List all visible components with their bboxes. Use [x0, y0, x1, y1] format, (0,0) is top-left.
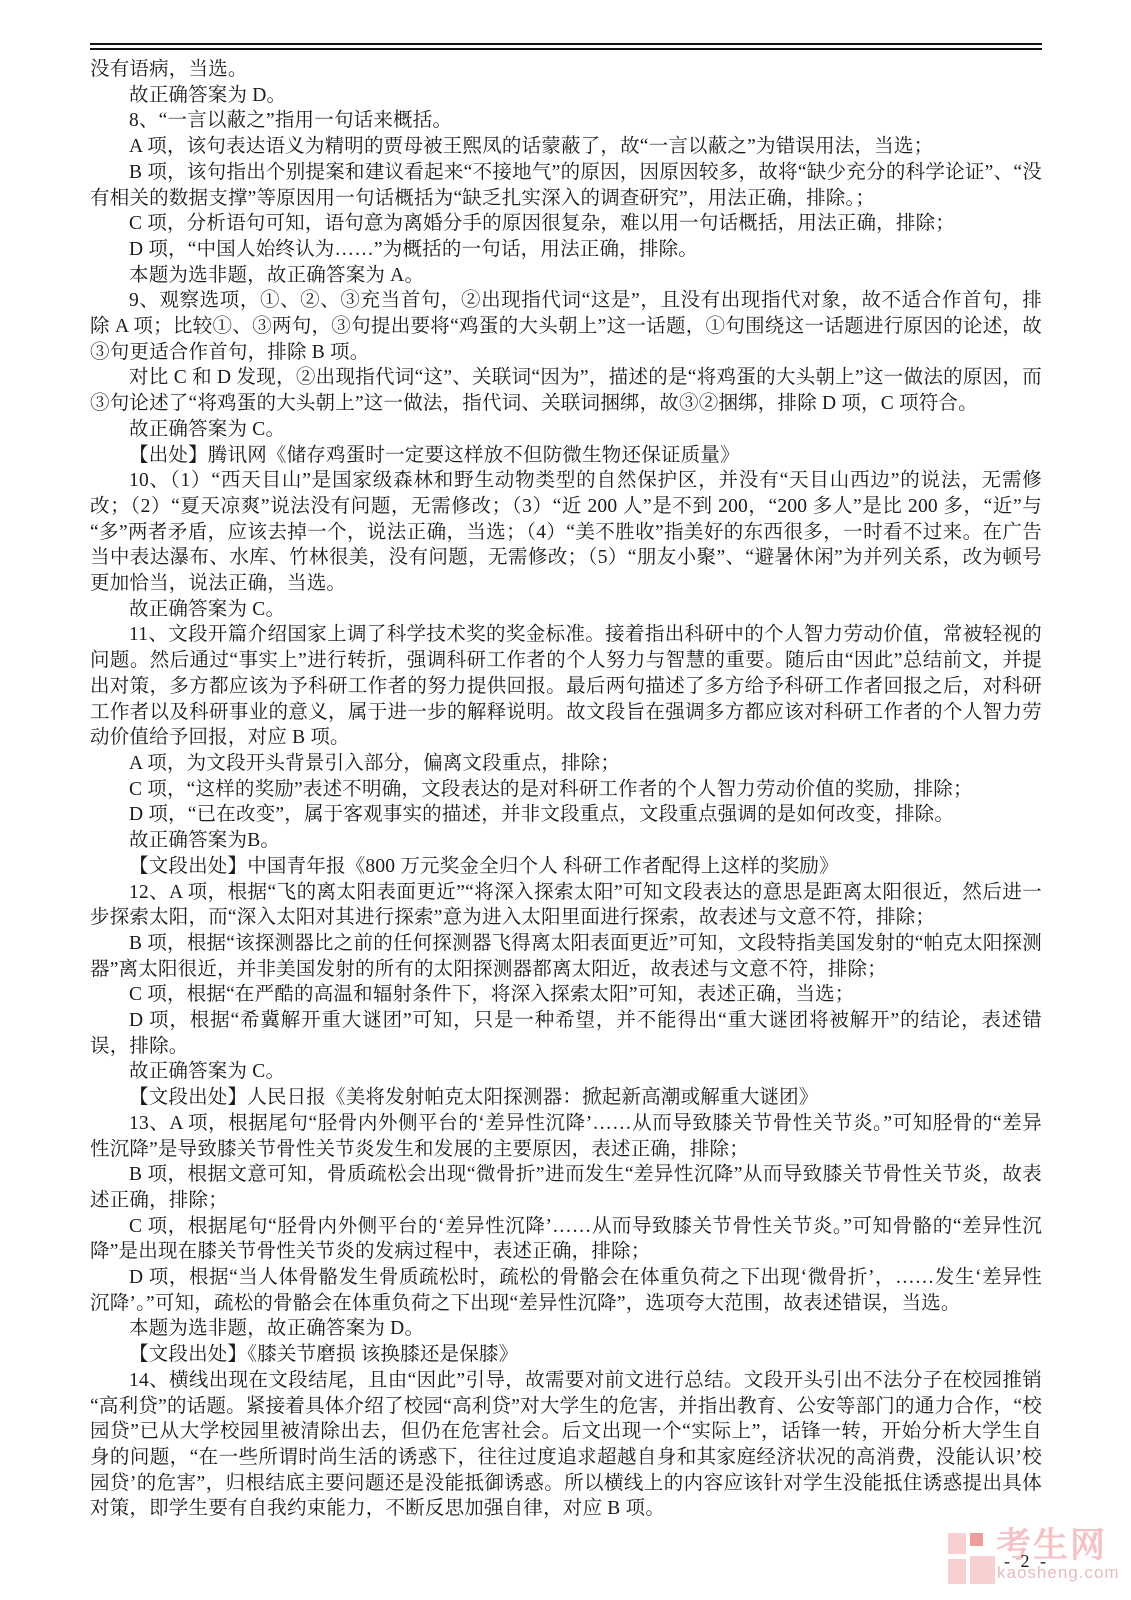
- paragraph: B 项，该句指出个别提案和建议看起来“不接地气”的原因，因原因较多，故将“缺少充…: [90, 160, 1042, 211]
- paragraph: B 项，根据文意可知，骨质疏松会出现“微骨折”进而发生“差异性沉降”从而导致膝关…: [90, 1162, 1042, 1213]
- paragraph: 14、横线出现在文段结尾，且由“因此”引导，故需要对前文进行总结。文段开头引出不…: [90, 1368, 1042, 1522]
- paragraph: B 项，根据“该探测器比之前的任何探测器飞得离太阳表面更近”可知，文段特指美国发…: [90, 931, 1042, 982]
- paragraph: A 项，该句表达语义为精明的贾母被王熙凤的话蒙蔽了，故“一言以蔽之”为错误用法，…: [90, 134, 1042, 160]
- page-number: - 2 -: [1004, 1551, 1049, 1572]
- kaosheng-logo-block: [970, 1556, 995, 1584]
- paragraph: D 项，“中国人始终认为……”为概括的一句话，用法正确，排除。: [90, 237, 1042, 263]
- paragraph: 10、（1）“西天目山”是国家级森林和野生动物类型的自然保护区，并没有“天目山西…: [90, 468, 1042, 597]
- paragraph: A 项，为文段开头背景引入部分，偏离文段重点，排除；: [90, 751, 1042, 777]
- kaosheng-logo-block: [970, 1533, 983, 1546]
- paragraph: 没有语病，当选。: [90, 57, 1042, 83]
- paragraph: C 项，“这样的奖励”表述不明确，文段表达的是对科研工作者的个人智力劳动价值的奖…: [90, 777, 1042, 803]
- kaosheng-logo-block: [948, 1559, 966, 1584]
- document-body: 没有语病，当选。故正确答案为 D。8、“一言以蔽之”指用一句话来概括。A 项，该…: [90, 57, 1042, 1522]
- paragraph: D 项，根据“当人体骨骼发生骨质疏松时，疏松的骨骼会在体重负荷之下出现‘微骨折’…: [90, 1265, 1042, 1316]
- kaosheng-logo-block: [948, 1533, 966, 1554]
- paragraph: 11、文段开篇介绍国家上调了科学技术奖的奖金标准。接着指出科研中的个人智力劳动价…: [90, 622, 1042, 751]
- document-page: 没有语病，当选。故正确答案为 D。8、“一言以蔽之”指用一句话来概括。A 项，该…: [0, 0, 1131, 1600]
- paragraph: 故正确答案为B。: [90, 828, 1042, 854]
- paragraph: 13、A 项，根据尾句“胫骨内外侧平台的‘差异性沉降’……从而导致膝关节骨性关节…: [90, 1111, 1042, 1162]
- paragraph: 【文段出处】中国青年报《800 万元奖金全归个人 科研工作者配得上这样的奖励》: [90, 854, 1042, 880]
- paragraph: C 项，根据“在严酷的高温和辐射条件下，将深入探索太阳”可知，表述正确，当选；: [90, 982, 1042, 1008]
- paragraph: C 项，分析语句可知，语句意为离婚分手的原因很复杂，难以用一句话概括，用法正确，…: [90, 211, 1042, 237]
- header-double-rule: [90, 43, 1042, 50]
- paragraph: 【出处】腾讯网《储存鸡蛋时一定要这样放不但防微生物还保证质量》: [90, 443, 1042, 469]
- paragraph: 【文段出处】《膝关节磨损 该换膝还是保膝》: [90, 1342, 1042, 1368]
- paragraph: 本题为选非题，故正确答案为 D。: [90, 1316, 1042, 1342]
- paragraph: 对比 C 和 D 发现，②出现指代词“这”、关联词“因为”，描述的是“将鸡蛋的大…: [90, 365, 1042, 416]
- paragraph: 故正确答案为 C。: [90, 417, 1042, 443]
- paragraph: 故正确答案为 D。: [90, 83, 1042, 109]
- paragraph: C 项，根据尾句“胫骨内外侧平台的‘差异性沉降’……从而导致膝关节骨性关节炎。”…: [90, 1214, 1042, 1265]
- paragraph: 故正确答案为 C。: [90, 1059, 1042, 1085]
- paragraph: 9、观察选项，①、②、③充当首句，②出现指代词“这是”，且没有出现指代对象，故不…: [90, 288, 1042, 365]
- paragraph: 本题为选非题，故正确答案为 A。: [90, 263, 1042, 289]
- paragraph: 12、A 项，根据“飞的离太阳表面更近”“将深入探索太阳”可知文段表达的意思是距…: [90, 880, 1042, 931]
- paragraph: 8、“一言以蔽之”指用一句话来概括。: [90, 108, 1042, 134]
- paragraph: 【文段出处】人民日报《美将发射帕克太阳探测器：掀起新高潮或解重大谜团》: [90, 1085, 1042, 1111]
- paragraph: D 项，根据“希冀解开重大谜团”可知，只是一种希望，并不能得出“重大谜团将被解开…: [90, 1008, 1042, 1059]
- paragraph: D 项，“已在改变”，属于客观事实的描述，并非文段重点，文段重点强调的是如何改变…: [90, 802, 1042, 828]
- paragraph: 故正确答案为 C。: [90, 597, 1042, 623]
